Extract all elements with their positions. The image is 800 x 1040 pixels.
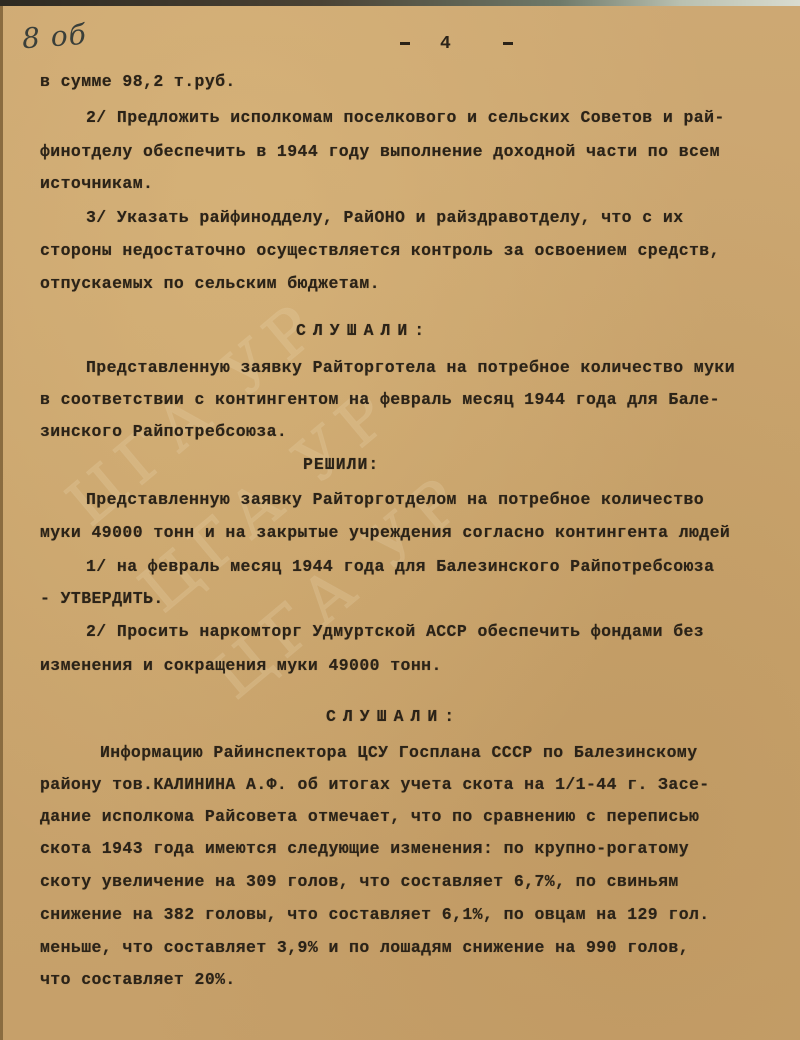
text-line: 2/ Просить наркомторг Удмуртской АССР об… (86, 622, 704, 641)
text-line: Представленную заявку Райторготделом на … (86, 490, 704, 509)
text-line: снижение на 382 головы, что составляет 6… (40, 905, 710, 924)
text-line: что составляет 20%. (40, 970, 236, 989)
page-number-value: 4 (440, 34, 453, 54)
dash-right (503, 42, 513, 45)
text-line: 3/ Указать райфинодделу, РайОНО и райздр… (86, 208, 684, 227)
handwritten-folio-note: 8 об (21, 18, 88, 55)
scan-left-edge (0, 6, 3, 1040)
page-number: 4 (400, 34, 540, 54)
text-line: в соответствии с контингентом на февраль… (40, 390, 720, 409)
text-line: отпускаемых по сельским бюджетам. (40, 274, 380, 293)
text-line: скота 1943 года имеются следующие измене… (40, 839, 689, 858)
text-line: зинского Райпотребсоюза. (40, 422, 287, 441)
section-heading-reshili: РЕШИЛИ: (303, 455, 379, 474)
dash-left (400, 42, 410, 45)
text-line: 1/ на февраль месяц 1944 года для Балези… (86, 557, 714, 576)
section-heading-slushali: СЛУШАЛИ: (296, 321, 431, 340)
text-line: - УТВЕРДИТЬ. (40, 589, 164, 608)
text-line: источникам. (40, 174, 153, 193)
text-line: меньше, что составляет 3,9% и по лошадям… (40, 938, 689, 957)
text-line: Информацию Райинспектора ЦСУ Госплана СС… (100, 743, 698, 762)
text-line: в сумме 98,2 т.руб. (40, 72, 236, 91)
text-line: скоту увеличение на 309 голов, что соста… (40, 872, 679, 891)
section-heading-slushali: СЛУШАЛИ: (326, 707, 461, 726)
text-line: 2/ Предложить исполкомам поселкового и с… (86, 108, 725, 127)
text-line: району тов.КАЛИНИНА А.Ф. об итогах учета… (40, 775, 710, 794)
text-line: дание исполкома Райсовета отмечает, что … (40, 807, 699, 826)
document-page: ЦГА УР ЦГА УР ЦГА УР 8 об 4 в сумме 98,2… (0, 0, 800, 1040)
text-line: Представленную заявку Райторготела на по… (86, 358, 735, 377)
text-line: финотделу обеспечить в 1944 году выполне… (40, 142, 720, 161)
scan-top-edge (0, 0, 800, 6)
text-line: стороны недостаточно осуществляется конт… (40, 241, 720, 260)
text-line: изменения и сокращения муки 49000 тонн. (40, 656, 442, 675)
text-line: муки 49000 тонн и на закрытые учреждения… (40, 523, 730, 542)
